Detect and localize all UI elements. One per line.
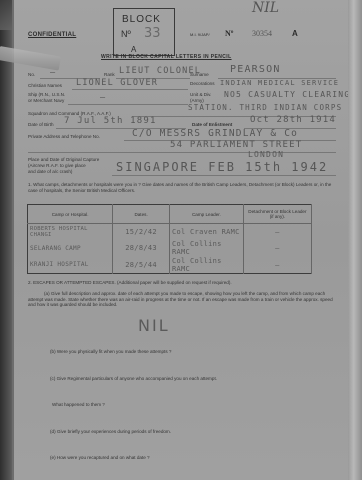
christian-names-label: Christian Names (28, 83, 62, 88)
pencil-instruction: WRITE IN BLOCK CAPITAL LETTERS IN PENCIL (101, 54, 232, 60)
ship-label-2: or Merchant Navy (28, 98, 64, 103)
leader-cell: Col Craven RAMC (169, 224, 243, 241)
section1-question: 1. What camps, detachments or hospitals … (28, 182, 338, 194)
decorations-value: INDIAN MEDICAL SERVICE (220, 79, 339, 87)
surname-label: Surname (190, 72, 209, 77)
camp-cell: ROBERTS HOSPITAL CHANGI (28, 224, 113, 241)
serial-label: Nº (225, 29, 233, 38)
capture-line (112, 175, 336, 176)
capture-value: SINGAPORE FEB 15th 1942 (116, 160, 328, 174)
date-cell: 28/5/44 (113, 257, 170, 274)
block-cell: — (243, 240, 311, 256)
section2-a-answer: NIL (138, 316, 170, 335)
section2-e-text: (e) How were you recaptured and on what … (50, 455, 150, 460)
section2-heading: 2. ESCAPES OR ATTEMPTED ESCAPES. (Additi… (28, 280, 232, 285)
enlistment-value: Oct 28th 1914 (250, 115, 336, 125)
section2-d-text: (d) Give briefly your experiences during… (50, 429, 171, 434)
surname-value: PEARSON (230, 64, 281, 75)
block-stamp-number: 33 (144, 26, 161, 41)
leader-cell: Col Collins RAMC (169, 257, 243, 274)
address-value-3: LONDON (248, 150, 284, 159)
christian-names-line (72, 89, 188, 90)
form-page: NIL CONFIDENTIAL BLOCK Nº 33 A M.I. 9/JA… (12, 0, 348, 480)
date-cell: 28/8/43 (113, 240, 170, 256)
capture-label-1: Place and Date of Original Capture (28, 157, 99, 162)
no-label: No. (28, 72, 35, 77)
scan-background-right (348, 0, 362, 480)
block-stamp-suffix: A (131, 45, 136, 54)
ship-line (68, 104, 188, 105)
unit-value-1: NO5 CASUALTY CLEARING (224, 90, 350, 99)
rank-value: LIEUT COLONEL (119, 66, 201, 76)
ship-label: Ship (R.N., U.S.N. (28, 92, 65, 97)
col-camp: Camp or Hospital. (28, 205, 113, 224)
section2-a-text: (a) Give full description and approx. da… (28, 291, 338, 308)
christian-names-value: LIONEL GLOVER (76, 78, 158, 88)
rank-label: Rank (104, 72, 115, 77)
address-line-2 (28, 152, 336, 153)
confidential-label: CONFIDENTIAL (28, 32, 76, 38)
block-cell: — (243, 224, 311, 241)
col-camp-leader: Camp Leader. (169, 205, 243, 224)
page-edge-left (12, 0, 14, 480)
section2-c-text: (c) Give Regimental particulars of anyon… (50, 376, 217, 381)
nil-annotation-top: NIL (252, 0, 279, 16)
section2-c-sub: What happened to them ? (52, 402, 105, 407)
table-row: KRANJI HOSPITAL 28/5/44 Col Collins RAMC… (28, 257, 312, 274)
table-row: SELARANG CAMP 28/8/43 Col Collins RAMC — (28, 240, 312, 256)
date-cell: 15/2/42 (113, 224, 170, 241)
table-row: ROBERTS HOSPITAL CHANGI 15/2/42 Col Crav… (28, 224, 312, 241)
dob-value: 7 Jul 5th 1891 (64, 116, 157, 126)
form-reference: M.I. 9/JAP/ (190, 32, 210, 37)
capture-label-3: and date of a/c crash) (28, 169, 72, 174)
col-block-leader: Detachment or Block Leader (if any). (243, 205, 311, 224)
enlistment-label: Date of Enlistment (192, 122, 232, 127)
serial-number: 30354 (252, 29, 272, 38)
block-stamp-no-label: Nº (121, 29, 131, 39)
unit-value-2: STATION. THIRD INDIAN CORPS (188, 103, 342, 112)
dob-label: Date of Birth (28, 122, 54, 127)
address-value-2: 54 PARLIAMENT STREET (170, 140, 302, 150)
camps-table: Camp or Hospital. Dates. Camp Leader. De… (27, 204, 312, 274)
camp-cell: SELARANG CAMP (28, 240, 113, 256)
ship-value: — (100, 93, 106, 103)
leader-cell: Col Collins RAMC (169, 240, 243, 256)
camps-table-header: Camp or Hospital. Dates. Camp Leader. De… (28, 205, 312, 224)
address-label: Private Address and Telephone No. (28, 134, 100, 139)
block-cell: — (243, 257, 311, 274)
serial-suffix: A (292, 29, 298, 38)
unit-label: Unit & Div. (190, 92, 211, 97)
block-stamp-word: BLOCK (122, 14, 161, 25)
section2-b-text: (b) Were you physically fit when you mad… (50, 349, 171, 354)
address-value-1: C/O MESSRS GRINDLAY & Co (132, 128, 298, 139)
decorations-label: Decorations (190, 81, 215, 86)
capture-label-2: (Aircrew R.A.F. to give place (28, 163, 86, 168)
col-dates: Dates. (113, 205, 170, 224)
block-stamp: BLOCK Nº 33 A (113, 8, 175, 56)
camp-cell: KRANJI HOSPITAL (28, 257, 113, 274)
